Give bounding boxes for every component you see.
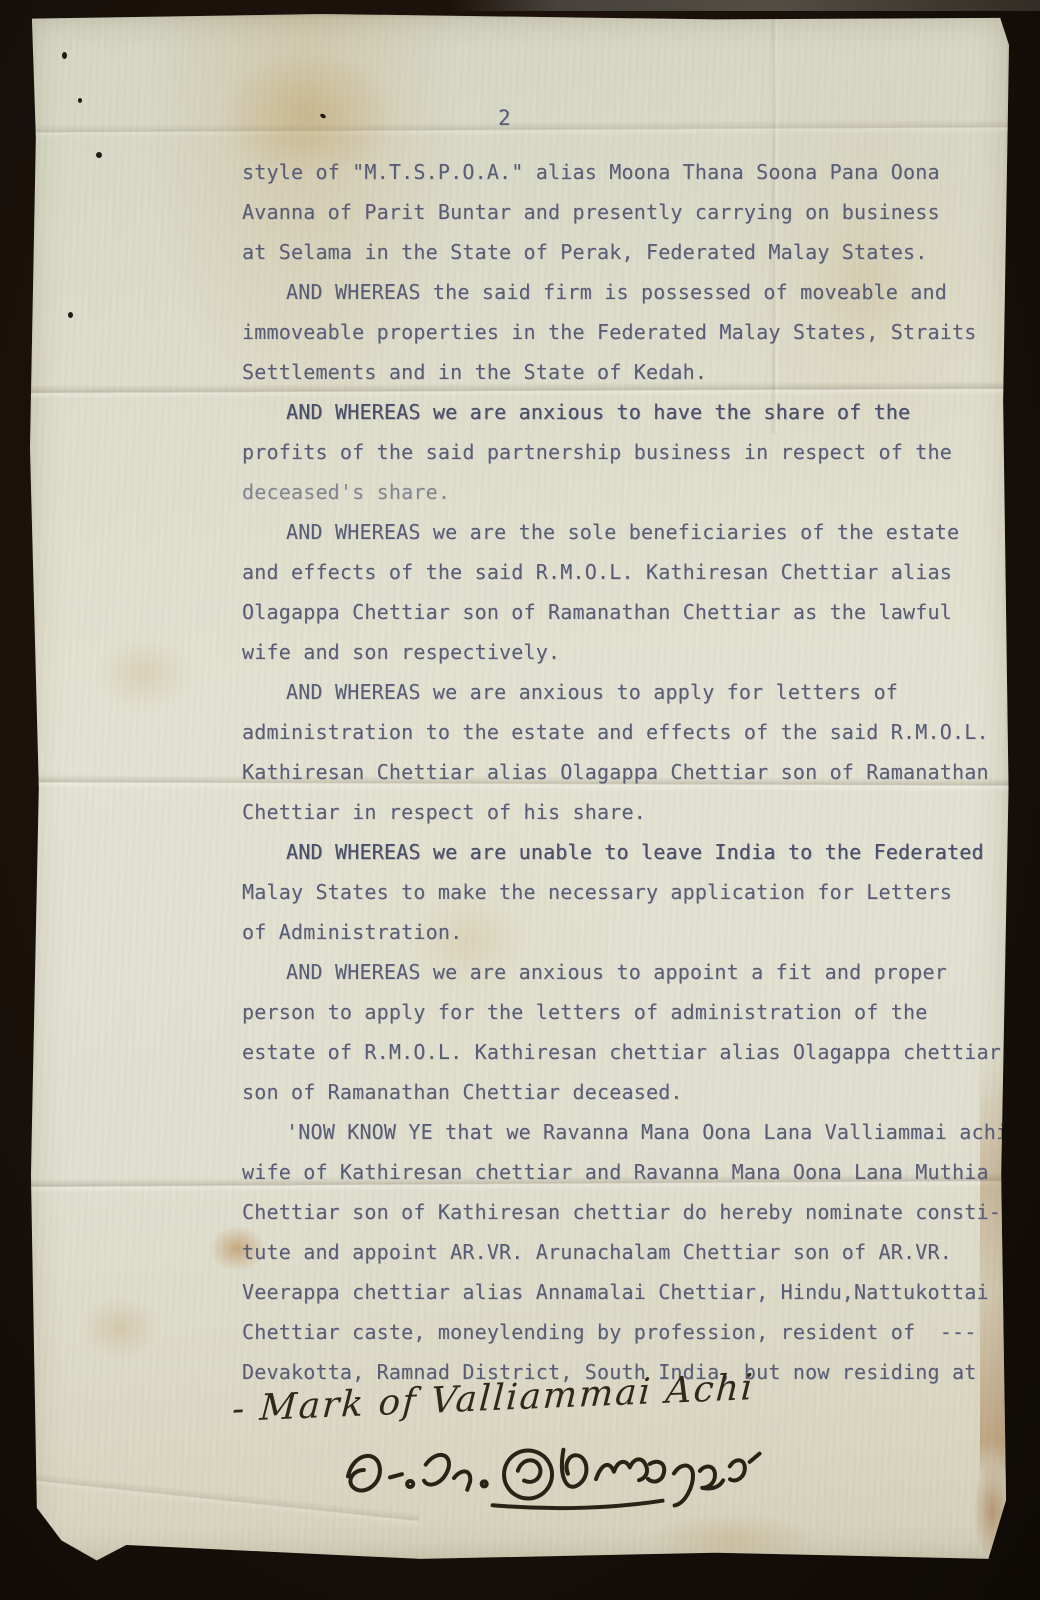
document-page: 2 style of "M.T.S.P.O.A." alias Moona Th… <box>28 14 1010 1562</box>
fold-crease <box>28 119 1010 138</box>
typed-line: tute and appoint AR.VR. Arunachalam Chet… <box>242 1232 1004 1272</box>
typed-line: 'NOW KNOW YE that we Ravanna Mana Oona L… <box>242 1112 1004 1152</box>
typed-line: Chettiar son of Kathiresan chettiar do h… <box>242 1192 1004 1232</box>
typed-line: profits of the said partnership business… <box>242 432 1004 472</box>
stain <box>648 1512 818 1566</box>
typed-line: Olagappa Chettiar son of Ramanathan Chet… <box>242 592 1004 632</box>
typed-line: wife of Kathiresan chettiar and Ravanna … <box>242 1152 1004 1192</box>
typed-line: Chettiar in respect of his share. <box>242 792 1004 832</box>
typed-line: deceased's share. <box>242 472 1004 512</box>
typed-line: Kathiresan Chettiar alias Olagappa Chett… <box>242 752 1004 792</box>
typed-line: AND WHEREAS we are unable to leave India… <box>242 832 1004 872</box>
typed-line: AND WHEREAS we are anxious to appoint a … <box>242 952 1004 992</box>
stain <box>80 1296 160 1360</box>
typed-line: and effects of the said R.M.O.L. Kathire… <box>242 552 1004 592</box>
paper-speck <box>62 52 67 59</box>
typed-line: style of "M.T.S.P.O.A." alias Moona Than… <box>242 152 1004 192</box>
typed-line: son of Ramanathan Chettiar deceased. <box>242 1072 1004 1112</box>
typed-line: estate of R.M.O.L. Kathiresan chettiar a… <box>242 1032 1004 1072</box>
typed-text-block: style of "M.T.S.P.O.A." alias Moona Than… <box>242 152 1004 1392</box>
typed-line: Settlements and in the State of Kedah. <box>242 352 1004 392</box>
paper-speck <box>319 113 326 119</box>
typed-line: of Administration. <box>242 912 1004 952</box>
typed-line: Malay States to make the necessary appli… <box>242 872 1004 912</box>
page-number: 2 <box>498 106 511 130</box>
typed-line: AND WHEREAS we are the sole beneficiarie… <box>242 512 1004 552</box>
typed-line: AND WHEREAS we are anxious to apply for … <box>242 672 1004 712</box>
typed-line: Chettiar caste, moneylending by professi… <box>242 1312 1004 1352</box>
typed-line: AND WHEREAS the said firm is possessed o… <box>242 272 1004 312</box>
typed-line: immoveable properties in the Federated M… <box>242 312 1004 352</box>
paper-speck <box>68 312 73 318</box>
paper-speck <box>78 98 82 103</box>
stain <box>94 634 194 714</box>
paper-speck <box>96 152 102 158</box>
typed-line: Avanna of Parit Buntar and presently car… <box>242 192 1004 232</box>
photo-backdrop: 2 style of "M.T.S.P.O.A." alias Moona Th… <box>0 0 1040 1600</box>
typed-line: person to apply for the letters of admin… <box>242 992 1004 1032</box>
typed-line: at Selama in the State of Perak, Federat… <box>242 232 1004 272</box>
scan-edge-highlight <box>450 0 1040 11</box>
edge-rust-stain <box>974 1466 1010 1556</box>
typed-line: administration to the estate and effects… <box>242 712 1004 752</box>
tamil-signature <box>331 1433 773 1520</box>
typed-line: wife and son respectively. <box>242 632 1004 672</box>
typed-line: AND WHEREAS we are anxious to have the s… <box>242 392 1004 432</box>
typed-line: Veerappa chettiar alias Annamalai Chetti… <box>242 1272 1004 1312</box>
